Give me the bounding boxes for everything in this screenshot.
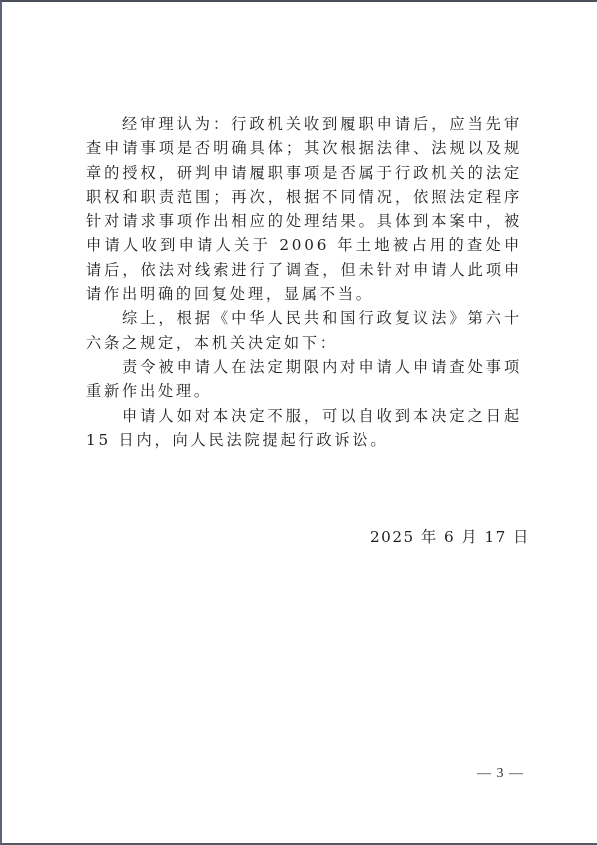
paragraph-decision: 责令被申请人在法定期限内对申请人申请查处事项重新作出处理。 [86,355,522,404]
paragraph-appeal-notice: 申请人如对本决定不服，可以自收到本决定之日起 15 日内，向人民法院提起行政诉讼… [86,404,522,453]
paragraph-review-finding: 经审理认为：行政机关收到履职申请后，应当先审查申请事项是否明确具体；其次根据法律… [86,112,522,306]
paragraph-legal-basis: 综上，根据《中华人民共和国行政复议法》第六十六条之规定，本机关决定如下： [86,306,522,355]
decision-date: 2025 年 6 月 17 日 [370,526,530,547]
page-number: — 3 — [477,766,524,782]
document-page: 经审理认为：行政机关收到履职申请后，应当先审查申请事项是否明确具体；其次根据法律… [0,0,597,845]
document-body: 经审理认为：行政机关收到履职申请后，应当先审查申请事项是否明确具体；其次根据法律… [86,112,522,452]
